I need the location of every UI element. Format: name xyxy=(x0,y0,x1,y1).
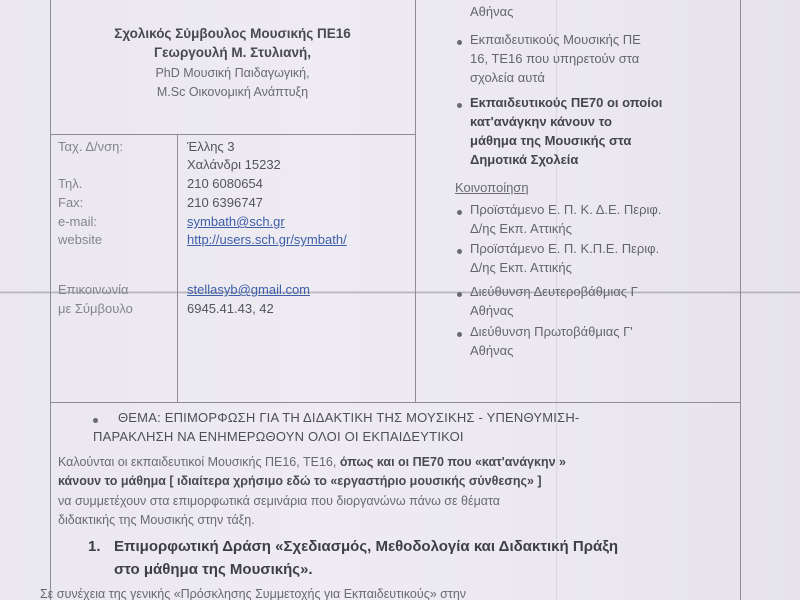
recipient-1-line-3: σχολεία αυτά xyxy=(470,70,545,85)
phone-value: 210 6080654 xyxy=(187,176,263,191)
column-divider xyxy=(415,0,416,402)
bullet-icon xyxy=(457,103,462,108)
subject-line-1: ΘΕΜΑ: ΕΠΙΜΟΡΦΩΣΗ ΓΙΑ ΤΗ ΔΙΔΑΚΤΙΚΗ ΤΗΣ ΜΟ… xyxy=(118,410,579,425)
notify-2-line-1: Προϊστάμενο Ε. Π. Κ.Π.Ε. Περιφ. xyxy=(470,241,659,256)
bullet-icon xyxy=(457,292,462,297)
bullet-icon xyxy=(457,332,462,337)
body-paragraph-line-1-b: όπως και οι ΠΕ70 που «κατ'ανάγκην » xyxy=(340,455,566,469)
recipient-2-line-2: κατ'ανάγκην κάνουν το xyxy=(470,114,612,129)
body-paragraph-line-1: Καλούνται οι εκπαιδευτικοί Μουσικής ΠΕ16… xyxy=(58,455,566,469)
body-paragraph-line-3: να συμμετέχουν στα επιμορφωτικά σεμινάρι… xyxy=(58,494,500,508)
phone-label: Τηλ. xyxy=(58,176,82,191)
address-line-2: Χαλάνδρι 15232 xyxy=(187,157,281,172)
address-line-1: Έλλης 3 xyxy=(187,139,235,154)
recipient-1-line-1: Εκπαιδευτικούς Μουσικής ΠΕ xyxy=(470,32,641,47)
advisor-phone: 6945.41.43, 42 xyxy=(187,301,274,316)
notify-1-line-2: Δ/ης Εκπ. Αττικής xyxy=(470,221,572,236)
address-label: Ταχ. Δ/νση: xyxy=(58,139,123,154)
email-link[interactable]: symbath@sch.gr xyxy=(187,214,285,229)
body-paragraph-line-5: Σε συνέχεια της γενικής «Πρόσκλησης Συμμ… xyxy=(40,587,466,600)
notify-4-line-2: Αθήνας xyxy=(470,343,513,358)
email-label: e-mail: xyxy=(58,214,97,229)
advisor-degree-phd: PhD Μουσική Παιδαγωγική, xyxy=(50,66,415,80)
recipient-cut-line: Αθήνας xyxy=(470,4,513,19)
scanned-document-page: Σχολικός Σύμβουλος Μουσικής ΠΕ16 Γεωργου… xyxy=(0,0,800,600)
body-paragraph-line-2: κάνουν το μάθημα [ ιδιαίτερα χρήσιμο εδώ… xyxy=(58,474,542,488)
recipient-2-line-1: Εκπαιδευτικούς ΠΕ70 οι οποίοι xyxy=(470,95,662,110)
recipient-1-line-2: 16, ΤΕ16 που υπηρετούν στα xyxy=(470,51,639,66)
recipient-2-line-4: Δημοτικά Σχολεία xyxy=(470,152,578,167)
advisor-contact-label-2: με Σύμβουλο xyxy=(58,301,133,316)
notify-3-line-2: Αθήνας xyxy=(470,303,513,318)
notify-2-line-2: Δ/ης Εκπ. Αττικής xyxy=(470,260,572,275)
subject-divider xyxy=(50,402,740,403)
notify-3-line-1: Διεύθυνση Δευτεροβάθμιας Γ xyxy=(470,284,638,299)
fax-label: Fax: xyxy=(58,195,83,210)
advisor-degree-msc: M.Sc Οικονομική Ανάπτυξη xyxy=(50,85,415,99)
advisor-email-link[interactable]: stellasyb@gmail.com xyxy=(187,282,310,297)
body-paragraph-line-2-text: κάνουν το μάθημα [ ιδιαίτερα χρήσιμο εδώ… xyxy=(58,474,542,488)
table-border-right xyxy=(740,0,741,600)
fax-value: 210 6396747 xyxy=(187,195,263,210)
website-link[interactable]: http://users.sch.gr/symbath/ xyxy=(187,232,347,247)
header-divider xyxy=(50,134,415,135)
subject-line-2: ΠΑΡΑΚΛΗΣΗ ΝΑ ΕΝΗΜΕΡΩΘΟΥΝ ΟΛΟΙ ΟΙ ΕΚΠΑΙΔΕ… xyxy=(93,429,464,444)
contact-column-divider xyxy=(177,134,178,402)
advisor-title: Σχολικός Σύμβουλος Μουσικής ΠΕ16 xyxy=(50,26,415,41)
bullet-icon xyxy=(457,249,462,254)
item-1-line-2: στο μάθημα της Μουσικής». xyxy=(114,561,313,578)
bullet-icon xyxy=(457,40,462,45)
body-paragraph-line-1-a: Καλούνται οι εκπαιδευτικοί Μουσικής ΠΕ16… xyxy=(58,455,340,469)
bullet-icon xyxy=(93,418,98,423)
advisor-name: Γεωργουλή Μ. Στυλιανή, xyxy=(50,45,415,60)
notify-1-line-1: Προϊστάμενο Ε. Π. Κ. Δ.Ε. Περιφ. xyxy=(470,202,661,217)
item-1-number: 1. xyxy=(88,538,101,555)
notify-4-line-1: Διεύθυνση Πρωτοβάθμιας Γ' xyxy=(470,324,633,339)
advisor-contact-label-1: Επικοινωνία xyxy=(58,282,129,297)
bullet-icon xyxy=(457,210,462,215)
recipient-2-line-3: μάθημα της Μουσικής στα xyxy=(470,133,631,148)
body-paragraph-line-4: διδακτικής της Μουσικής στην τάξη. xyxy=(58,513,255,527)
notify-heading: Κοινοποίηση xyxy=(455,180,529,195)
website-label: website xyxy=(58,232,102,247)
paper-fold-vertical xyxy=(555,0,558,600)
item-1-line-1: Επιμορφωτική Δράση «Σχεδιασμός, Μεθοδολο… xyxy=(114,538,618,555)
